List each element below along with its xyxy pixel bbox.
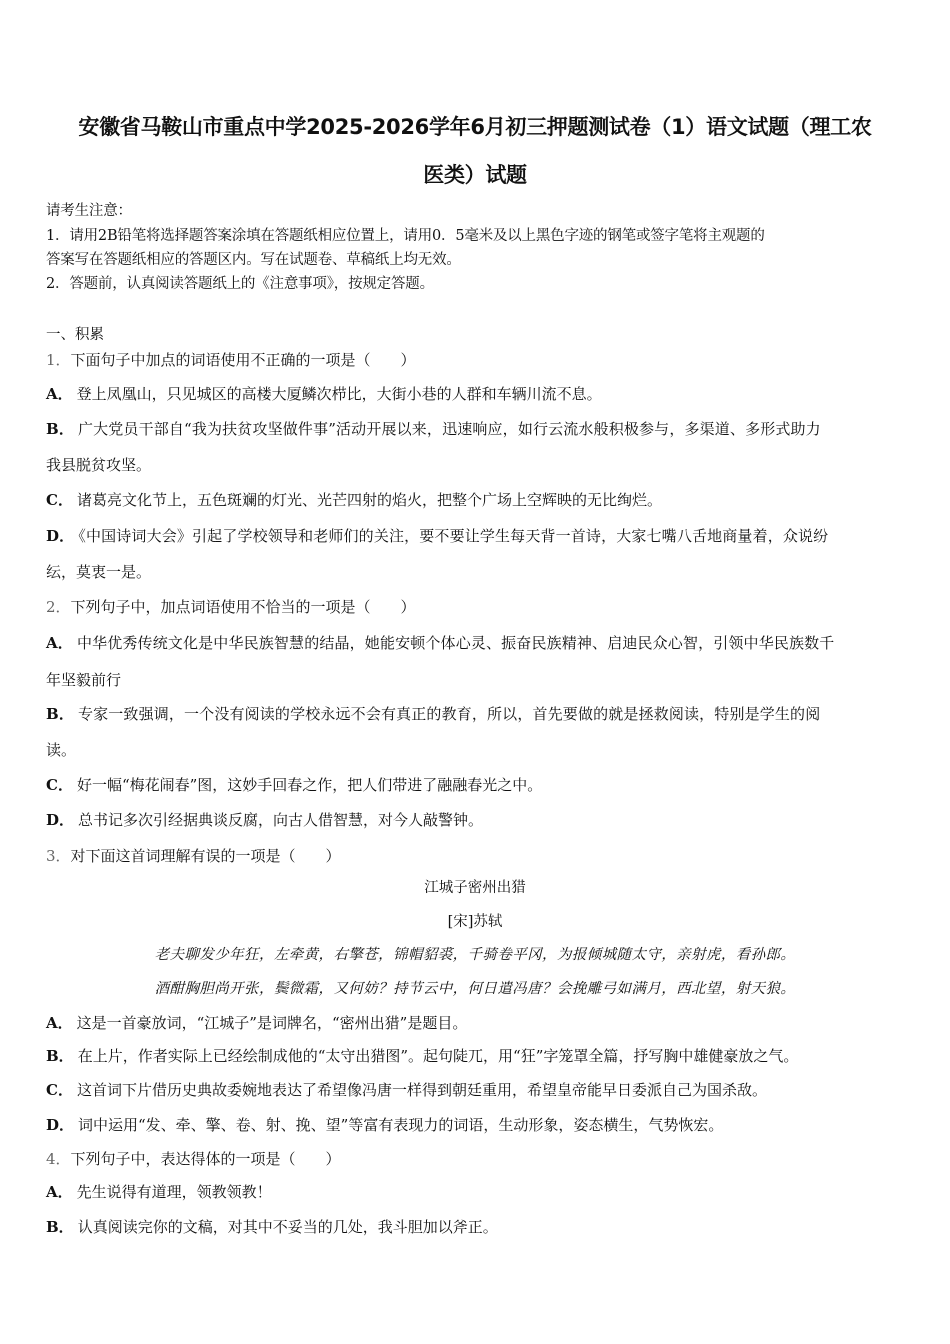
document-title-line-2: 医类）试题 — [0, 160, 950, 190]
question-1-option-b: B．广大党员干部自“我为扶贫攻坚做件事”活动开展以来，迅速响应，如行云流水般积极… — [46, 419, 821, 439]
option-label: A． — [46, 385, 73, 403]
question-4-option-b: B．认真阅读完你的文稿，对其中不妥当的几处，我斗胆加以斧正。 — [46, 1217, 498, 1237]
option-text: 中华优秀传统文化是中华民族智慧的结晶，她能安顿个体心灵、振奋民族精神、启迪民众心… — [77, 634, 835, 652]
question-2-option-b-continued: 读。 — [46, 740, 76, 760]
question-3-option-d: D．词中运用“发、牵、擎、卷、射、挽、望”等富有表现力的词语，生动形象，姿态横生… — [46, 1115, 723, 1135]
question-1-option-b-continued: 我县脱贫攻坚。 — [46, 455, 151, 475]
option-label: A． — [46, 634, 73, 652]
question-2-stem: 2．下列句子中，加点词语使用不恰当的一项是（ ） — [46, 597, 416, 617]
option-label: B． — [46, 1047, 74, 1065]
option-label: A． — [46, 1183, 73, 1201]
notice-heading: 请考生注意： — [46, 201, 132, 221]
section-heading: 一、积累 — [46, 325, 104, 345]
question-3-stem: 3．对下面这首词理解有误的一项是（ ） — [46, 846, 341, 866]
option-label: D． — [46, 811, 74, 829]
option-text: 这是一首豪放词，“江城子”是词牌名，“密州出猎”是题目。 — [77, 1014, 468, 1032]
notice-item-1: 1．请用2B铅笔将选择题答案涂填在答题纸相应位置上，请用0．5毫米及以上黑色字迹… — [46, 226, 765, 246]
poem-line-2: 酒酣胸胆尚开张，鬓微霜，又何妨？持节云中，何日遣冯唐？会挽雕弓如满月，西北望，射… — [0, 979, 950, 999]
poem-title: 江城子密州出猎 — [0, 878, 950, 898]
question-4-stem: 4．下列句子中，表达得体的一项是（ ） — [46, 1149, 341, 1169]
option-text: 词中运用“发、牵、擎、卷、射、挽、望”等富有表现力的词语，生动形象，姿态横生，气… — [78, 1116, 723, 1134]
option-label: B． — [46, 420, 74, 438]
option-text: 登上凤凰山，只见城区的高楼大厦鳞次栉比，大街小巷的人群和车辆川流不息。 — [77, 385, 602, 403]
question-3-option-b: B．在上片，作者实际上已经绘制成他的“太守出猎图”。起句陡兀，用“狂”字笼罩全篇… — [46, 1046, 798, 1066]
question-1-stem: 1．下面句子中加点的词语使用不正确的一项是（ ） — [46, 350, 416, 370]
option-text: 这首词下片借历史典故委婉地表达了希望像冯唐一样得到朝廷重用，希望皇帝能早日委派自… — [77, 1081, 767, 1099]
poem-line-1: 老夫聊发少年狂，左牵黄，右擎苍，锦帽貂裘，千骑卷平冈，为报倾城随太守，亲射虎，看… — [0, 945, 950, 965]
option-label: D． — [46, 527, 74, 545]
option-text: 专家一致强调，一个没有阅读的学校永远不会有真正的教育，所以，首先要做的就是拯救阅… — [78, 705, 820, 723]
question-number: 1． — [46, 351, 71, 369]
question-2-option-c: C．好一幅“梅花闹春”图，这妙手回春之作，把人们带进了融融春光之中。 — [46, 775, 542, 795]
question-2-option-d: D．总书记多次引经据典谈反腐，向古人借智慧，对今人敲警钟。 — [46, 810, 483, 830]
question-3-option-a: A．这是一首豪放词，“江城子”是词牌名，“密州出猎”是题目。 — [46, 1013, 467, 1033]
question-number: 4． — [46, 1150, 71, 1168]
notice-item-2: 2．答题前，认真阅读答题纸上的《注意事项》，按规定答题。 — [46, 274, 434, 294]
question-2-option-a: A．中华优秀传统文化是中华民族智慧的结晶，她能安顿个体心灵、振奋民族精神、启迪民… — [46, 633, 834, 653]
question-1-option-a: A．登上凤凰山，只见城区的高楼大厦鳞次栉比，大街小巷的人群和车辆川流不息。 — [46, 384, 602, 404]
option-label: D． — [46, 1116, 74, 1134]
option-label: C． — [46, 776, 73, 794]
poem-author: [宋]苏轼 — [0, 912, 950, 932]
question-text: 下列句子中，表达得体的一项是（ ） — [71, 1150, 341, 1168]
question-2-option-a-continued: 年坚毅前行 — [46, 670, 121, 690]
option-text: 《中国诗词大会》引起了学校领导和老师们的关注，要不要让学生每天背一首诗，大家七嘴… — [78, 527, 828, 545]
option-label: C． — [46, 491, 73, 509]
option-label: C． — [46, 1081, 73, 1099]
option-text: 认真阅读完你的文稿，对其中不妥当的几处，我斗胆加以斧正。 — [78, 1218, 498, 1236]
option-text: 先生说得有道理，领教领教！ — [77, 1183, 272, 1201]
option-text: 诸葛亮文化节上，五色斑斓的灯光、光芒四射的焰火，把整个广场上空辉映的无比绚烂。 — [77, 491, 662, 509]
question-number: 3． — [46, 847, 71, 865]
question-2-option-b: B．专家一致强调，一个没有阅读的学校永远不会有真正的教育，所以，首先要做的就是拯… — [46, 704, 820, 724]
question-text: 下列句子中，加点词语使用不恰当的一项是（ ） — [71, 598, 416, 616]
question-text: 对下面这首词理解有误的一项是（ ） — [71, 847, 341, 865]
question-4-option-a: A．先生说得有道理，领教领教！ — [46, 1182, 272, 1202]
document-title-line-1: 安徽省马鞍山市重点中学2025-2026学年6月初三押题测试卷（1）语文试题（理… — [0, 112, 950, 142]
option-label: B． — [46, 1218, 74, 1236]
question-1-option-c: C．诸葛亮文化节上，五色斑斓的灯光、光芒四射的焰火，把整个广场上空辉映的无比绚烂… — [46, 490, 662, 510]
question-number: 2． — [46, 598, 71, 616]
question-1-option-d: D．《中国诗词大会》引起了学校领导和老师们的关注，要不要让学生每天背一首诗，大家… — [46, 526, 828, 546]
option-text: 广大党员干部自“我为扶贫攻坚做件事”活动开展以来，迅速响应，如行云流水般积极参与… — [78, 420, 821, 438]
option-text: 在上片，作者实际上已经绘制成他的“太守出猎图”。起句陡兀，用“狂”字笼罩全篇，抒… — [78, 1047, 799, 1065]
option-text: 总书记多次引经据典谈反腐，向古人借智慧，对今人敲警钟。 — [78, 811, 483, 829]
question-3-option-c: C．这首词下片借历史典故委婉地表达了希望像冯唐一样得到朝廷重用，希望皇帝能早日委… — [46, 1080, 767, 1100]
option-text: 好一幅“梅花闹春”图，这妙手回春之作，把人们带进了融融春光之中。 — [77, 776, 542, 794]
option-label: A． — [46, 1014, 73, 1032]
notice-item-1-continued: 答案写在答题纸相应的答题区内。写在试题卷、草稿纸上均无效。 — [46, 250, 461, 270]
option-label: B． — [46, 705, 74, 723]
question-1-option-d-continued: 纭，莫衷一是。 — [46, 562, 151, 582]
question-text: 下面句子中加点的词语使用不正确的一项是（ ） — [71, 351, 416, 369]
